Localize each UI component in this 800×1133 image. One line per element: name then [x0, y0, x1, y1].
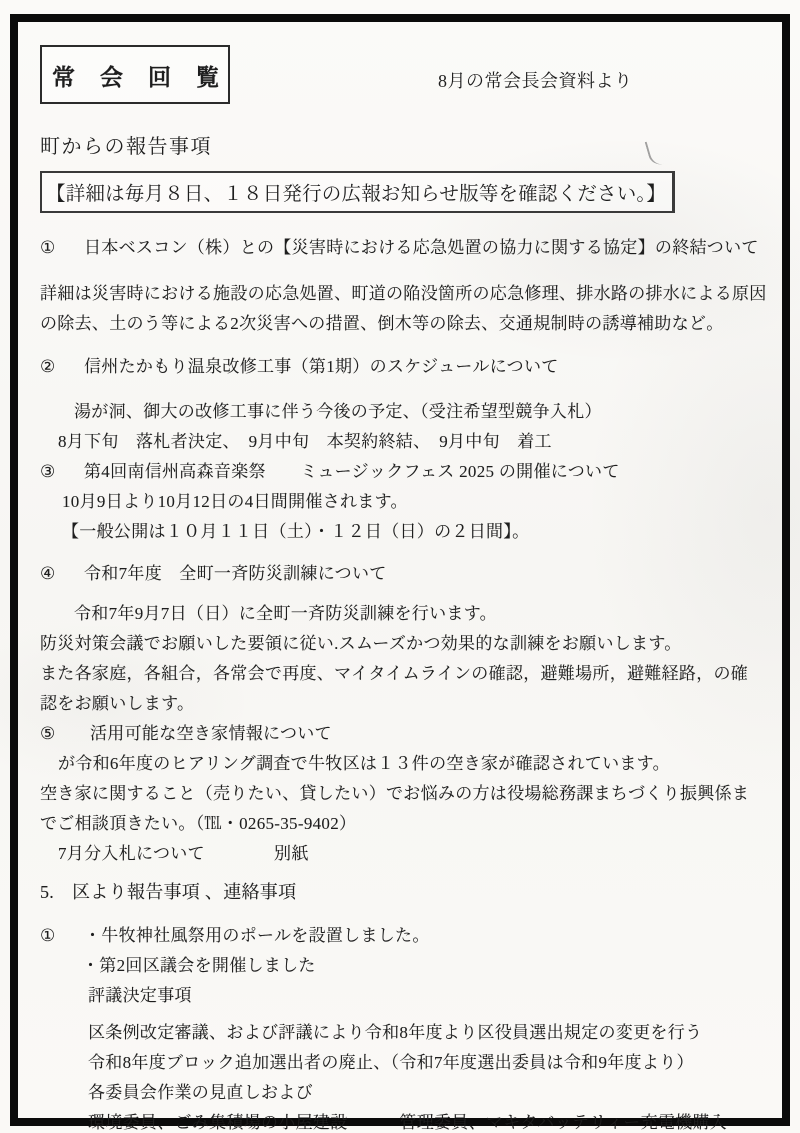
- district-item-text: ・牛牧神社風祭用のポールを設置しました。: [84, 921, 430, 951]
- item-5-line: でご相談頂きたい。（℡・0265-35-9402）: [40, 809, 764, 839]
- item-4-heading: ④令和7年度 全町一斉防災訓練について: [40, 559, 764, 589]
- item-3-line: 【一般公開は１０月１１日（土）・１２日（日）の２日間】。: [40, 517, 764, 547]
- item-2-number: ②: [40, 352, 84, 382]
- item-5-number: ⑤: [40, 719, 90, 749]
- district-item-line: 各委員会作業の見直しおよび: [40, 1078, 764, 1108]
- item-2-heading: ②信州たかもり温泉改修工事（第1期）のスケジュールについて: [40, 352, 764, 382]
- page-border: 常 会 回 覧 8月の常会長会資料より 町からの報告事項 【詳細は毎月８日、１８…: [10, 14, 790, 1126]
- item-2-heading-text: 信州たかもり温泉改修工事（第1期）のスケジュールについて: [84, 352, 559, 382]
- item-5-line: 空き家に関すること（売りたい、貸したい）でお悩みの方は役場総務課まちづくり振興係…: [40, 779, 764, 809]
- item-1-number: ①: [40, 233, 84, 263]
- district-item-number: ①: [40, 921, 84, 951]
- item-3-heading-text: 第4回南信州高森音楽祭 ミュージックフェス 2025 の開催について: [84, 457, 620, 487]
- notice-text: 【詳細は毎月８日、１８日発行の広報お知らせ版等を確認ください。】: [46, 184, 666, 205]
- item-1-line: 詳細は災害時における施設の応急処置、町道の陥没箇所の応急修理、排水路の排水による…: [40, 279, 764, 309]
- document-header: 常 会 回 覧 8月の常会長会資料より: [40, 45, 764, 121]
- district-item-line: 環境委員、ごみ集積場の小屋建設 管理委員、マキタバッテリィー充電機購入: [40, 1108, 764, 1133]
- district-section-heading-text: 区より報告事項 、連絡事項: [72, 877, 296, 907]
- item-4-line: 令和7年9月7日（日）に全町一斉防災訓練を行います。: [40, 599, 764, 629]
- item-3-heading: ③第4回南信州高森音楽祭 ミュージックフェス 2025 の開催について: [40, 457, 764, 487]
- item-1-heading: ①日本ベスコン（株）との【災害時における応急処置の協力に関する協定】の終結ついて: [40, 233, 764, 263]
- item-4-line: また各家庭，各組合，各常会で再度、マイタイムラインの確認，避難場所，避難経路，の…: [40, 659, 764, 689]
- item-4-heading-text: 令和7年度 全町一斉防災訓練について: [84, 559, 387, 589]
- item-5-heading: ⑤活用可能な空き家情報について: [40, 719, 764, 749]
- item-4-line: 防災対策会議でお願いした要領に従い.スムーズかつ効果的な訓練をお願いします。: [40, 629, 764, 659]
- district-section-number: 5.: [40, 877, 72, 907]
- item-3-line: 10月9日より10月12日の4日間開催されます。: [40, 487, 764, 517]
- district-item-line: 区条例改定審議、および評議により令和8年度より区役員選出規定の変更を行う: [40, 1018, 764, 1048]
- district-item-line: ・第2回区議会を開催しました: [40, 951, 764, 981]
- item-3-number: ③: [40, 457, 84, 487]
- title-box: 常 会 回 覧: [40, 45, 230, 104]
- item-4-number: ④: [40, 559, 84, 589]
- item-4-line: 認をお願いします。: [40, 689, 764, 719]
- item-5-line: が令和6年度のヒアリング調査で牛牧区は１３件の空き家が確認されています。: [40, 749, 764, 779]
- notice-box: 【詳細は毎月８日、１８日発行の広報お知らせ版等を確認ください。】: [40, 171, 675, 213]
- district-item-line: ①・牛牧神社風祭用のポールを設置しました。: [40, 921, 764, 951]
- item-1-line: の除去、土のう等による2次災害への措置、倒木等の除去、交通規制時の誘導補助など。: [40, 309, 764, 339]
- source-note: 8月の常会長会資料より: [438, 67, 633, 93]
- item-5-line: 7月分入札について 別紙: [40, 839, 764, 869]
- district-item-line: 令和8年度ブロック追加選出者の廃止、（令和7年度選出委員は令和9年度より）: [40, 1048, 764, 1078]
- district-section-heading: 5.区より報告事項 、連絡事項: [40, 877, 764, 907]
- item-1-heading-text: 日本ベスコン（株）との【災害時における応急処置の協力に関する協定】の終結ついて: [84, 233, 759, 263]
- item-2-line: 8月下旬 落札者決定、 9月中旬 本契約終結、 9月中旬 着工: [40, 427, 764, 457]
- item-2-line: 湯が洞、御大の改修工事に伴う今後の予定、（受注希望型競争入札）: [40, 397, 764, 427]
- page-title: 常 会 回 覧: [52, 65, 220, 90]
- district-item-line: 評議決定事項: [40, 981, 764, 1011]
- document-content: 常 会 回 覧 8月の常会長会資料より 町からの報告事項 【詳細は毎月８日、１８…: [18, 22, 782, 1118]
- item-5-heading-text: 活用可能な空き家情報について: [90, 719, 332, 749]
